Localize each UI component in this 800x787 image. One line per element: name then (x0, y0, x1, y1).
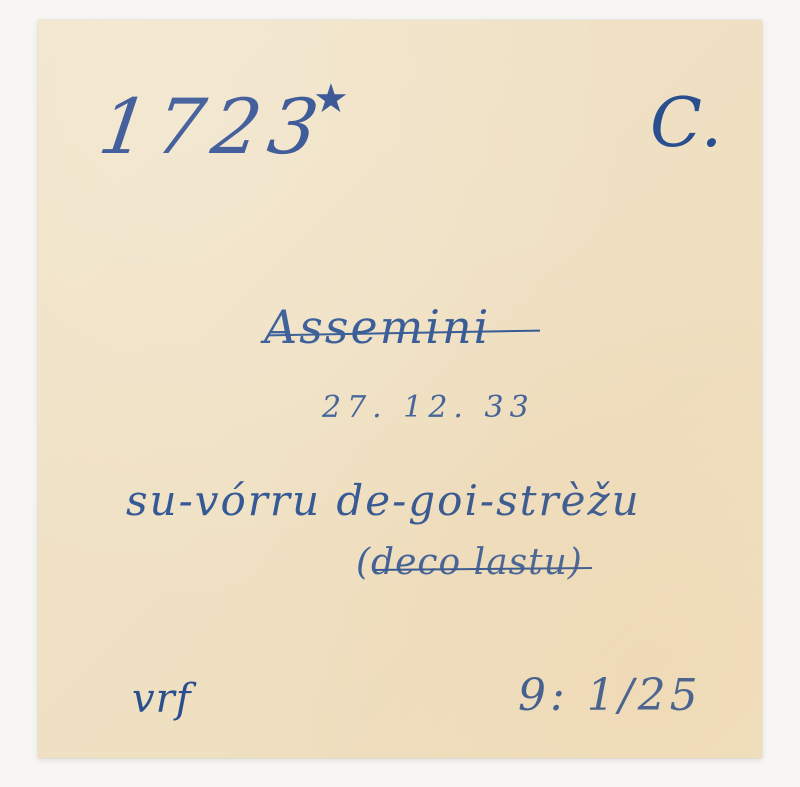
initials: vrf (132, 676, 192, 722)
date: 27. 12. 33 (322, 390, 535, 425)
place-name: Assemini (264, 300, 490, 354)
corner-letter: C. (650, 84, 723, 163)
parenthetical-note: (deco lastu) (356, 542, 583, 583)
catalog-number: 1723 (94, 82, 332, 171)
star-icon: ★ (313, 76, 349, 122)
index-card: 1723 ★ C. Assemini 27. 12. 33 su-vórru d… (38, 20, 762, 758)
fraction-note: 9: 1/25 (518, 670, 702, 721)
phrase: su-vórru de-goi-strèžu (126, 476, 641, 525)
